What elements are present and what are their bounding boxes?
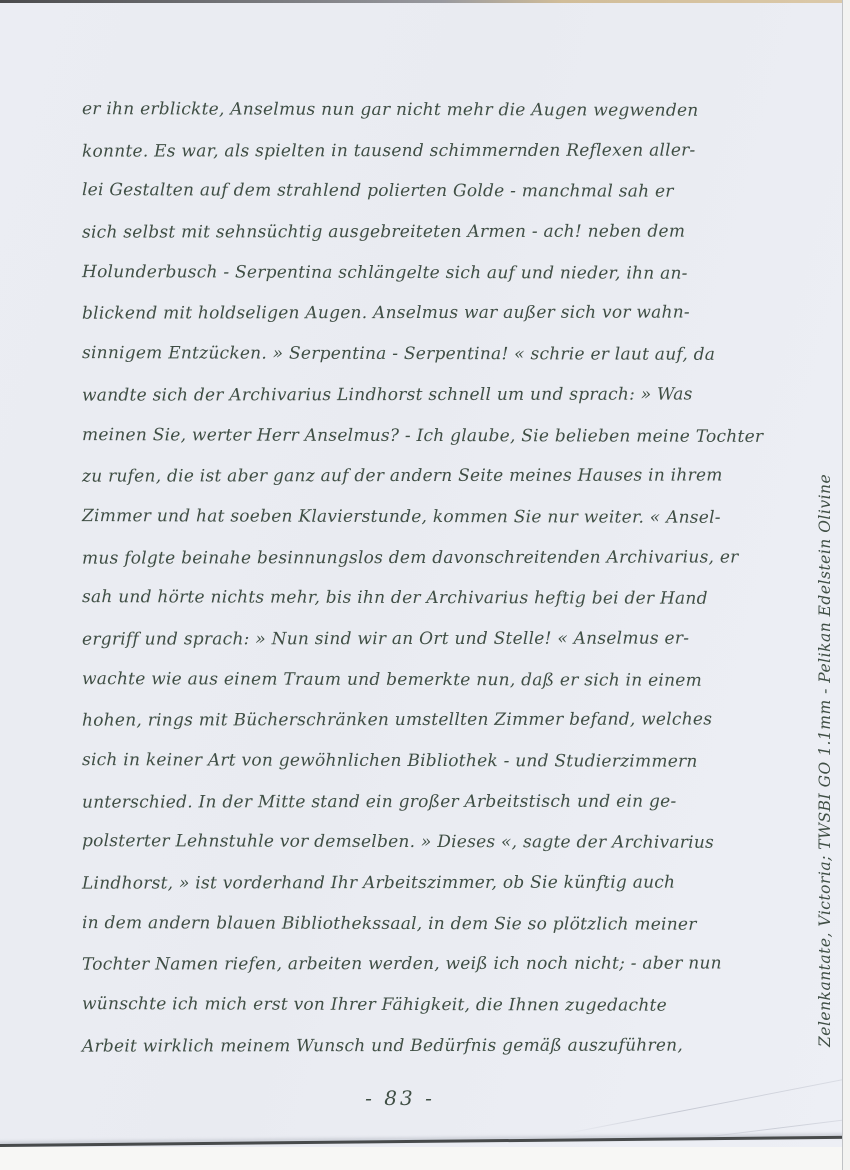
handwritten-line: er ihn erblickte, Anselmus nun gar nicht… bbox=[82, 89, 762, 131]
handwritten-line: Lindhorst, » ist vorderhand Ihr Arbeitsz… bbox=[82, 862, 762, 904]
handwritten-line: polsterter Lehnstuhle vor demselben. » D… bbox=[82, 821, 762, 863]
handwritten-line: hohen, rings mit Bücherschränken umstell… bbox=[82, 700, 762, 742]
handwritten-line: mus folgte beinahe besinnungslos dem dav… bbox=[82, 537, 762, 579]
handwritten-line: zu rufen, die ist aber ganz auf der ande… bbox=[82, 456, 762, 498]
handwritten-line: blickend mit holdseligen Augen. Anselmus… bbox=[82, 293, 762, 335]
scanned-handwritten-page: er ihn erblickte, Anselmus nun gar nicht… bbox=[0, 0, 850, 1170]
handwritten-line: sich selbst mit sehnsüchtig ausgebreitet… bbox=[82, 211, 762, 253]
handwritten-line: wünschte ich mich erst von Ihrer Fähigke… bbox=[82, 984, 762, 1026]
handwritten-line: wandte sich der Archivarius Lindhorst sc… bbox=[82, 374, 762, 416]
pen-ink-margin-note: Zelenkantate, Victoria; TWSBI GO 1.1mm -… bbox=[816, 355, 834, 1047]
handwritten-line: sinnigem Entzücken. » Serpentina - Serpe… bbox=[82, 333, 762, 375]
handwritten-line: lei Gestalten auf dem strahlend polierte… bbox=[82, 170, 762, 212]
handwritten-line: konnte. Es war, als spielten in tausend … bbox=[82, 130, 762, 172]
handwritten-line: sich in keiner Art von gewöhnlichen Bibl… bbox=[82, 740, 762, 782]
handwritten-text-block: er ihn erblickte, Anselmus nun gar nicht… bbox=[82, 90, 762, 1067]
handwritten-line: Holunderbusch - Serpentina schlängelte s… bbox=[82, 252, 762, 294]
handwritten-line: in dem andern blauen Bibliothekssaal, in… bbox=[82, 903, 762, 945]
scan-top-edge bbox=[0, 0, 850, 3]
handwritten-line: sah und hörte nichts mehr, bis ihn der A… bbox=[82, 577, 762, 619]
page-number: - 83 - bbox=[335, 1086, 465, 1110]
handwritten-line: Tochter Namen riefen, arbeiten werden, w… bbox=[82, 944, 762, 986]
handwritten-line: Zimmer und hat soeben Klavierstunde, kom… bbox=[82, 496, 762, 538]
handwritten-line: meinen Sie, werter Herr Anselmus? - Ich … bbox=[82, 415, 762, 457]
handwritten-line: unterschied. In der Mitte stand ein groß… bbox=[82, 781, 762, 823]
handwritten-line: Arbeit wirklich meinem Wunsch und Bedürf… bbox=[82, 1025, 762, 1067]
underlying-sheet bbox=[0, 1147, 850, 1170]
handwritten-line: wachte wie aus einem Traum und bemerkte … bbox=[82, 659, 762, 701]
scan-right-edge bbox=[842, 0, 850, 1170]
handwritten-line: ergriff und sprach: » Nun sind wir an Or… bbox=[82, 618, 762, 660]
